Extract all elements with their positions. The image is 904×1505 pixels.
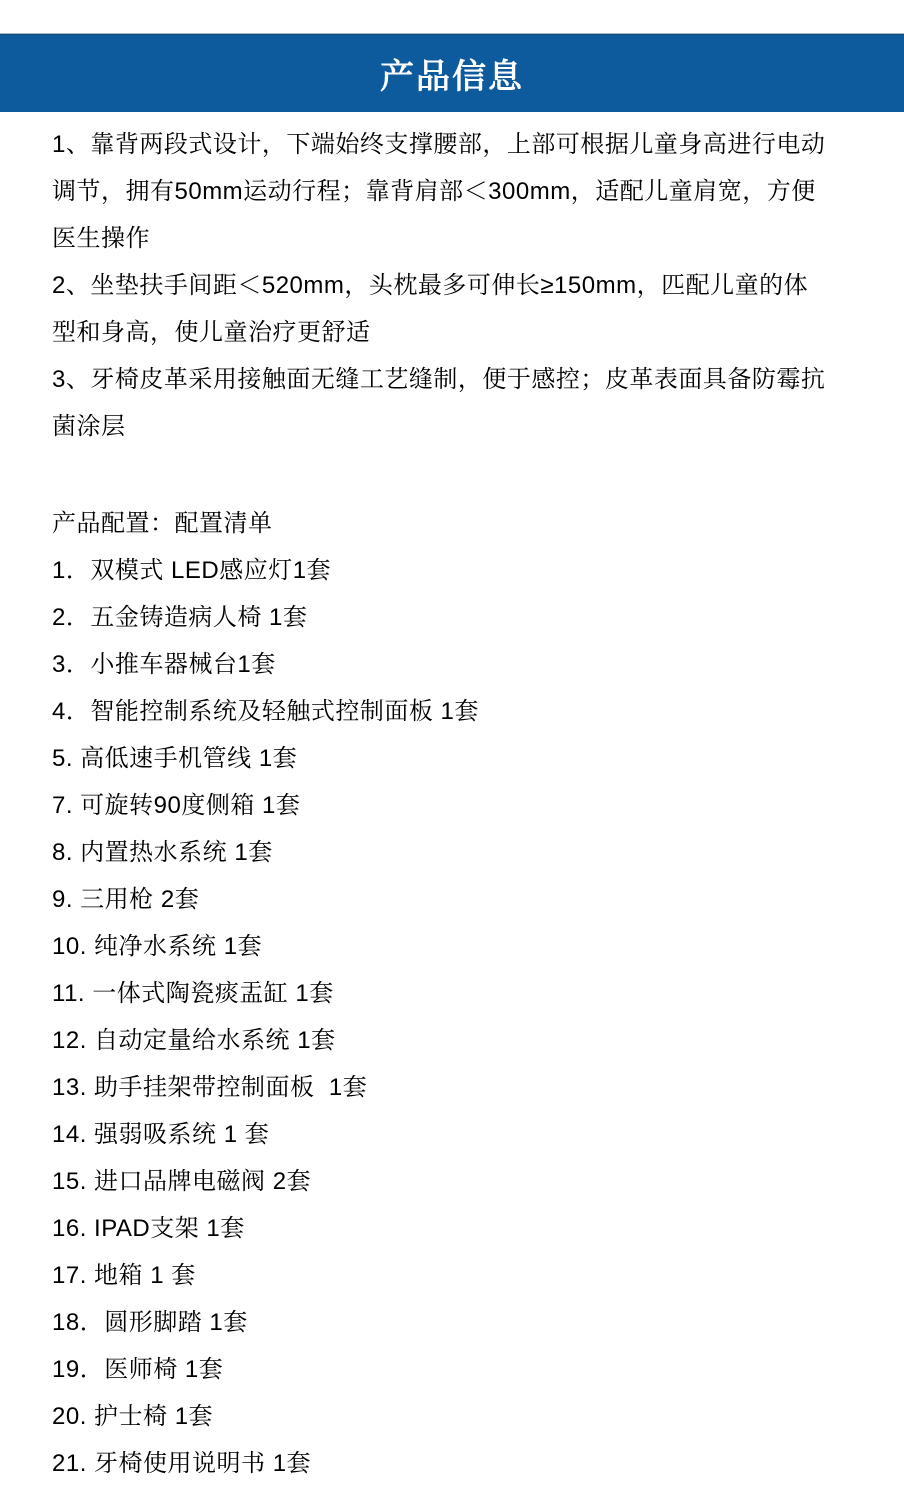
feature-line: 医生操作 (52, 215, 856, 262)
config-item: 17. 地箱 1 套 (52, 1252, 856, 1299)
config-item: 21. 牙椅使用说明书 1套 (52, 1440, 856, 1487)
config-item: 20. 护士椅 1套 (52, 1393, 856, 1440)
config-item: 13. 助手挂架带控制面板 1套 (52, 1064, 856, 1111)
product-description: 1、靠背两段式设计，下端始终支撑腰部，上部可根据儿童身高进行电动 调节，拥有50… (0, 112, 904, 1487)
config-item: 9. 三用枪 2套 (52, 876, 856, 923)
config-item: 12. 自动定量给水系统 1套 (52, 1017, 856, 1064)
feature-line: 3、牙椅皮革采用接触面无缝工艺缝制，便于感控；皮革表面具备防霉抗 (52, 356, 856, 403)
config-item: 8. 内置热水系统 1套 (52, 829, 856, 876)
config-item: 2．五金铸造病人椅 1套 (52, 594, 856, 641)
feature-line: 调节，拥有50mm运动行程；靠背肩部＜300mm，适配儿童肩宽，方便 (52, 168, 856, 215)
section-title: 产品信息 (380, 49, 524, 98)
config-item: 3．小推车器械台1套 (52, 641, 856, 688)
config-item: 7. 可旋转90度侧箱 1套 (52, 782, 856, 829)
feature-line: 2、坐垫扶手间距＜520mm，头枕最多可伸长≥150mm，匹配儿童的体 (52, 262, 856, 309)
section-header-banner: 产品信息 (0, 33, 904, 112)
config-item: 18．圆形脚踏 1套 (52, 1299, 856, 1346)
config-item: 10. 纯净水系统 1套 (52, 923, 856, 970)
feature-line: 1、靠背两段式设计，下端始终支撑腰部，上部可根据儿童身高进行电动 (52, 121, 856, 168)
config-item: 14. 强弱吸系统 1 套 (52, 1111, 856, 1158)
config-item: 19．医师椅 1套 (52, 1346, 856, 1393)
config-item: 4．智能控制系统及轻触式控制面板 1套 (52, 688, 856, 735)
blank-gap (52, 450, 856, 500)
config-item: 1．双模式 LED感应灯1套 (52, 547, 856, 594)
config-item: 5. 高低速手机管线 1套 (52, 735, 856, 782)
config-item: 15. 进口品牌电磁阀 2套 (52, 1158, 856, 1205)
feature-line: 型和身高，使儿童治疗更舒适 (52, 309, 856, 356)
config-heading: 产品配置：配置清单 (52, 500, 856, 547)
product-info-page: 产品信息 1、靠背两段式设计，下端始终支撑腰部，上部可根据儿童身高进行电动 调节… (0, 0, 904, 1505)
config-item: 16. IPAD支架 1套 (52, 1205, 856, 1252)
feature-line: 菌涂层 (52, 403, 856, 450)
config-item: 11. 一体式陶瓷痰盂缸 1套 (52, 970, 856, 1017)
